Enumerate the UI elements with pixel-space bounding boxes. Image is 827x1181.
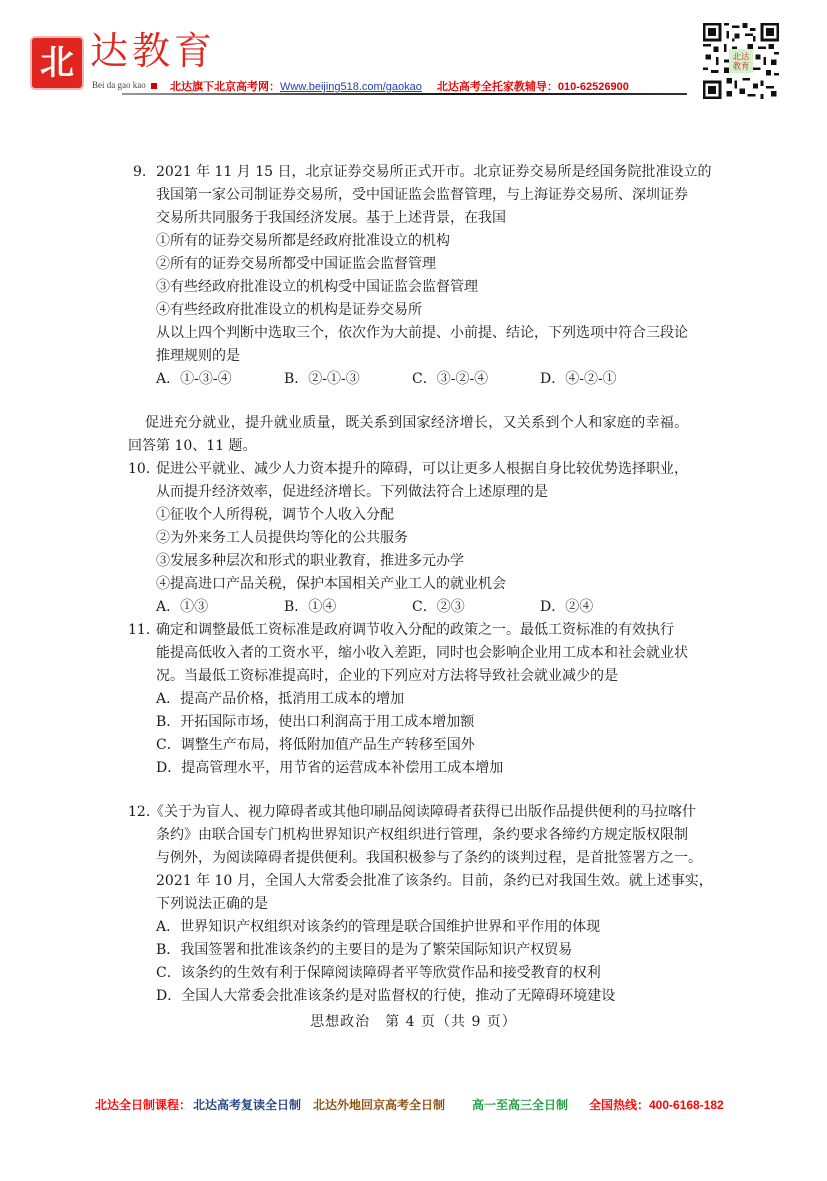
question-number: 11.: [128, 621, 150, 639]
question-prompt-line: 推理规则的是: [156, 347, 240, 365]
question-number: 12.: [128, 803, 150, 821]
question-stem-line: 能提高低收入者的工资水平，缩小收入差距，同时也会影响企业用工成本和社会就业状: [156, 644, 688, 662]
question-stem-line: 交易所共同服务于我国经济发展。基于上述背景，在我国: [156, 209, 506, 227]
option-b[interactable]: B．①④: [284, 598, 336, 616]
statement-4: ④有些经政府批准设立的机构是证券交易所: [156, 301, 422, 319]
option-c[interactable]: C．③-②-④: [412, 370, 488, 388]
logo-name: 达教育: [90, 32, 216, 70]
course-link-repeat[interactable]: 北达高考复读全日制: [193, 1096, 301, 1113]
statement-3: ③有些经政府批准设立的机构受中国证监会监督管理: [156, 278, 478, 296]
page-header: 北 达教育 Bei da gao kao 北达旗下北京高考网：Www.beiji…: [0, 0, 827, 110]
question-stem-line: 况。当最低工资标准提高时，企业的下列应对方法将导致社会就业减少的是: [156, 667, 618, 685]
option-c[interactable]: C．该条约的生效有利于保障阅读障碍者平等欣赏作品和接受教育的权利: [156, 964, 601, 982]
site-label: 北达旗下北京高考网：: [170, 81, 280, 93]
hotline: 全国热线：400-6168-182: [589, 1096, 724, 1113]
material-text: 促进充分就业，提升就业质量，既关系到国家经济增长，又关系到个人和家庭的幸福。: [145, 414, 688, 432]
statement-1: ①所有的证券交易所都是经政府批准设立的机构: [156, 232, 450, 250]
logo-mark: 北: [32, 38, 82, 88]
option-d[interactable]: D．全国人大常委会批准该条约是对监督权的行使，推动了无障碍环境建设: [156, 987, 615, 1005]
question-stem-line: 2021 年 11 月 15 日，北京证券交易所正式开市。北京证券交易所是经国务…: [156, 163, 712, 181]
logo-char: 北: [40, 46, 74, 80]
logo-subtitle-text: Bei da gao kao: [92, 80, 146, 90]
question-prompt-line: 从以上四个判断中选取三个，依次作为大前提、小前提、结论，下列选项中符合三段论: [156, 324, 688, 342]
statement-3: ③发展多种层次和形式的职业教育，推进多元办学: [156, 552, 464, 570]
option-a[interactable]: A．提高产品价格，抵消用工成本的增加: [156, 690, 404, 708]
logo-subtitle: Bei da gao kao: [92, 80, 157, 90]
option-c[interactable]: C．调整生产布局，将低附加值产品生产转移至国外: [156, 736, 475, 754]
option-a[interactable]: A．①-③-④: [156, 370, 232, 388]
option-a[interactable]: A．①③: [156, 598, 208, 616]
statement-2: ②为外来务工人员提供均等化的公共服务: [156, 529, 408, 547]
question-stem-line: 与例外，为阅读障碍者提供便利。我国积极参与了条约的谈判过程，是首批签署方之一。: [156, 849, 702, 867]
courses-label: 北达全日制课程：: [95, 1096, 191, 1113]
statement-1: ①征收个人所得税，调节个人收入分配: [156, 506, 394, 524]
question-stem-line: 2021 年 10 月，全国人大常委会批准了该条约。目前，条约已对我国生效。就上…: [156, 872, 713, 890]
option-b[interactable]: B．②-①-③: [284, 370, 360, 388]
course-link-grades[interactable]: 高一至高三全日制: [472, 1096, 568, 1113]
material-text: 回答第 10、11 题。: [128, 437, 257, 455]
question-stem-line: 《关于为盲人、视力障碍者或其他印刷品阅读障碍者获得已出版作品提供便利的马拉喀什: [150, 803, 696, 821]
question-stem-line: 确定和调整最低工资标准是政府调节收入分配的政策之一。最低工资标准的有效执行: [156, 621, 674, 639]
qr-code-icon[interactable]: 北达 教育: [703, 22, 779, 100]
statement-4: ④提高进口产品关税，保护本国相关产业工人的就业机会: [156, 575, 506, 593]
square-bullet-icon: [151, 83, 157, 89]
question-stem-line: 从而提升经济效率，促进经济增长。下列做法符合上述原理的是: [156, 483, 548, 501]
question-number: 9.: [133, 163, 146, 181]
option-b[interactable]: B．我国签署和批准该条约的主要目的是为了繁荣国际知识产权贸易: [156, 941, 572, 959]
tutoring-label: 北达高考全托家教辅导：010-62526900: [437, 81, 629, 93]
option-d[interactable]: D．④-②-①: [540, 370, 617, 388]
page-number-footer: 思想政治 第 4 页（共 9 页）: [0, 1011, 827, 1031]
option-b[interactable]: B．开拓国际市场，使出口利润高于用工成本增加额: [156, 713, 474, 731]
question-stem-line: 下列说法正确的是: [156, 895, 268, 913]
course-link-outside-beijing[interactable]: 北达外地回京高考全日制: [313, 1096, 445, 1113]
question-stem-line: 条约》由联合国专门机构世界知识产权组织进行管理，条约要求各缔约方规定版权限制: [156, 826, 688, 844]
option-c[interactable]: C．②③: [412, 598, 465, 616]
question-number: 10.: [128, 460, 150, 478]
svg-text:教育: 教育: [733, 61, 750, 71]
header-divider: [122, 93, 687, 95]
header-contact-line: 北达旗下北京高考网：Www.beijing518.com/gaokao 北达高考…: [170, 78, 629, 94]
option-d[interactable]: D．提高管理水平，用节省的运营成本补偿用工成本增加: [156, 759, 503, 777]
option-d[interactable]: D．②④: [540, 598, 593, 616]
question-stem-line: 我国第一家公司制证券交易所，受中国证监会监督管理，与上海证券交易所、深圳证券: [156, 186, 688, 204]
statement-2: ②所有的证券交易所都受中国证监会监督管理: [156, 255, 436, 273]
site-link[interactable]: Www.beijing518.com/gaokao: [280, 81, 422, 93]
question-stem-line: 促进公平就业、减少人力资本提升的障碍，可以让更多人根据自身比较优势选择职业，: [156, 460, 688, 478]
option-a[interactable]: A．世界知识产权组织对该条约的管理是联合国维护世界和平作用的体现: [156, 918, 600, 936]
